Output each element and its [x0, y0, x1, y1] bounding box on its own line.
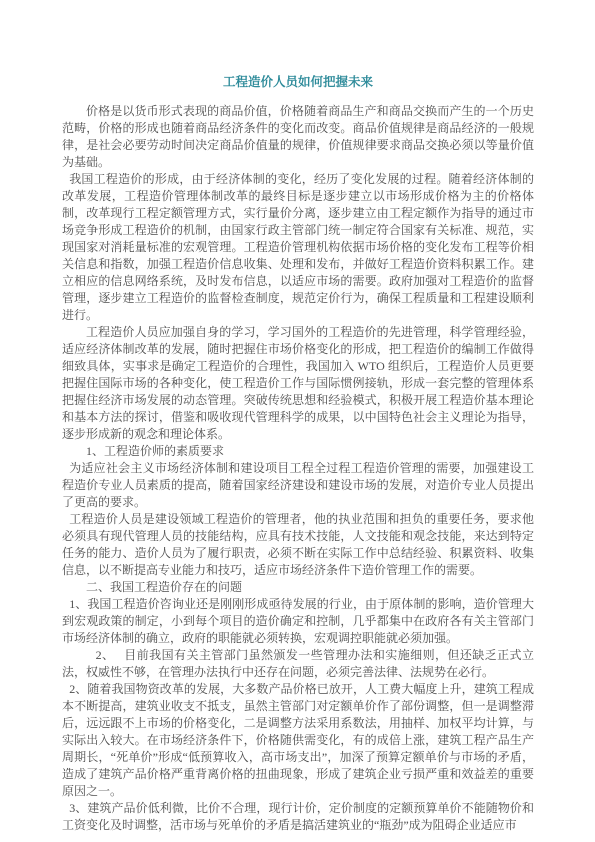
paragraph-problem-3: 3、建筑产品价低利微，比价不合理，现行计价，定价制度的定额预算单价不能随物价和工…: [62, 800, 534, 834]
heading-quality-requirements: 1、工程造价师的素质要求: [62, 443, 534, 460]
paragraph-quality-improvement: 为适应社会主义市场经济体制和建设项目工程全过程工程造价管理的需要，加强建设工程造…: [62, 460, 534, 511]
paragraph-manager-skills: 工程造价人员是建设领域工程造价的管理者，他的执业范围和担负的重要任务，要求他必须…: [62, 511, 534, 579]
paragraph-problem-1: 1、我国工程造价咨询业还是刚刚形成亟待发展的行业，由于原体制的影响，造价管理大到…: [62, 596, 534, 647]
paragraph-problem-2-legislation: 2、 目前我国有关主管部门虽然颁发一些管理办法和实施细则，但还缺乏正式立法，权威…: [62, 647, 534, 681]
document-page: 工程造价人员如何把握未来 价格是以货币形式表现的商品价值，价格随着商品生产和商品…: [0, 0, 595, 842]
heading-existing-problems: 二、我国工程造价存在的问题: [62, 579, 534, 596]
document-title: 工程造价人员如何把握未来: [62, 74, 534, 90]
paragraph-price-definition: 价格是以货币形式表现的商品价值，价格随着商品生产和商品交换而产生的一个历史范畴，…: [62, 103, 534, 171]
paragraph-cost-formation: 我国工程造价的形成，由于经济体制的变化，经历了变化发展的过程。随着经济体制的改革…: [62, 171, 534, 324]
paragraph-problem-2-prices: 2、随着我国物资改革的发展，大多数产品价格已放开，人工费大幅度上升，建筑工程成本…: [62, 681, 534, 800]
paragraph-personnel-learning: 工程造价人员应加强自身的学习，学习国外的工程造价的先进管理，科学管理经验，适应经…: [62, 324, 534, 443]
